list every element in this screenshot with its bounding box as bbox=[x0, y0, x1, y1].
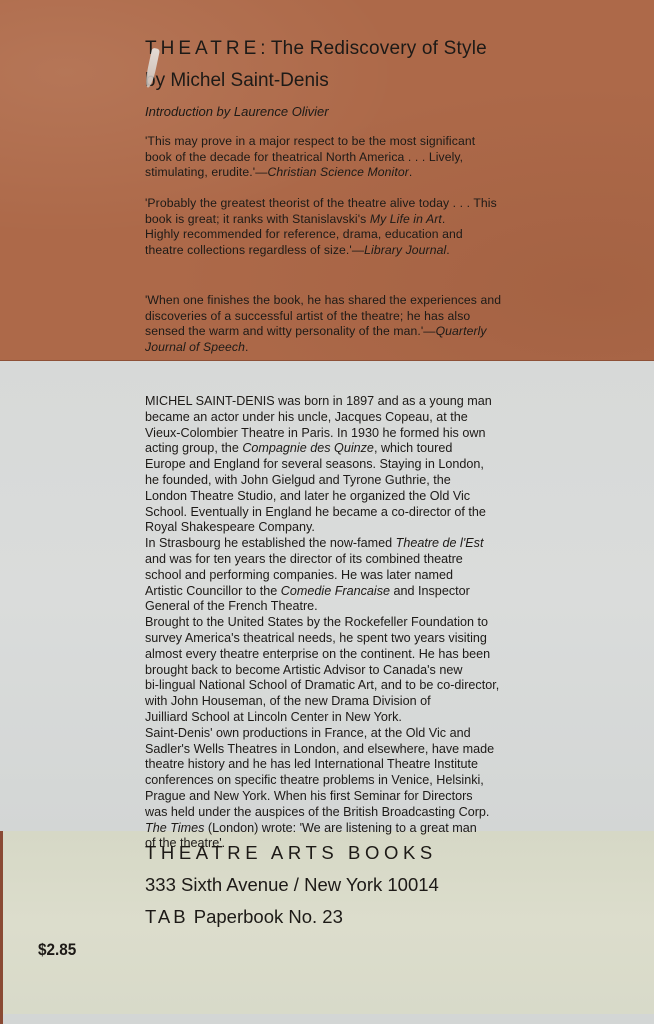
left-edge-shadow bbox=[0, 831, 3, 1024]
bio-line: bi-lingual National School of Dramatic A… bbox=[145, 678, 545, 694]
bottom-edge bbox=[0, 1014, 654, 1024]
review-quote: 'When one finishes the book, he has shar… bbox=[145, 293, 545, 355]
review-quote: 'This may prove in a major respect to be… bbox=[145, 134, 545, 181]
publisher-name: THEATRE ARTS BOOKS bbox=[145, 842, 545, 864]
bio-line: Brought to the United States by the Rock… bbox=[145, 615, 545, 631]
bio-line: General of the French Theatre. bbox=[145, 599, 545, 615]
bio-line: became an actor under his uncle, Jacques… bbox=[145, 410, 545, 426]
bio-italic: Compagnie des Quinze bbox=[242, 441, 374, 455]
bio-italic: Theatre de l'Est bbox=[396, 536, 484, 550]
series-number: Paperbook No. 23 bbox=[189, 906, 343, 927]
quote-text: sensed the warm and witty personality of… bbox=[145, 324, 436, 338]
quote-text: theatre collections regardless of size.'… bbox=[145, 243, 364, 257]
bio-line: brought back to become Artistic Advisor … bbox=[145, 663, 545, 679]
bio-line: theatre history and he has led Internati… bbox=[145, 757, 545, 773]
bio-line: Prague and New York. When his first Semi… bbox=[145, 789, 545, 805]
bio-line: school and performing companies. He was … bbox=[145, 568, 545, 584]
bio-italic: The Times bbox=[145, 821, 204, 835]
bio-line: was held under the auspices of the Briti… bbox=[145, 805, 545, 821]
bio-line: Royal Shakespeare Company. bbox=[145, 520, 545, 536]
quote-book-title: My Life in Art bbox=[370, 212, 442, 226]
quote-trail: . bbox=[442, 212, 446, 226]
bio-italic: Comedie Francaise bbox=[281, 584, 390, 598]
bio-line: Juilliard School at Lincoln Center in Ne… bbox=[145, 710, 545, 726]
quote-line: 'Probably the greatest theorist of the t… bbox=[145, 196, 545, 212]
bio-line: and was for ten years the director of it… bbox=[145, 552, 545, 568]
bio-text: In Strasbourg he established the now-fam… bbox=[145, 536, 396, 550]
series-abbrev: TAB bbox=[145, 906, 189, 927]
bio-line: with John Houseman, of the new Drama Div… bbox=[145, 694, 545, 710]
quote-line: 'This may prove in a major respect to be… bbox=[145, 134, 545, 150]
bio-line: conferences on specific theatre problems… bbox=[145, 773, 545, 789]
review-quote: 'Probably the greatest theorist of the t… bbox=[145, 196, 545, 258]
quote-source: Quarterly bbox=[436, 324, 487, 338]
bio-text: Artistic Councillor to the bbox=[145, 584, 281, 598]
bio-line: Artistic Councillor to the Comedie Franc… bbox=[145, 584, 545, 600]
quote-source: Journal of Speech bbox=[145, 340, 245, 354]
publisher-address: 333 Sixth Avenue / New York 10014 bbox=[145, 874, 545, 896]
bio-line: acting group, the Compagnie des Quinze, … bbox=[145, 441, 545, 457]
bio-line: Sadler's Wells Theatres in London, and e… bbox=[145, 742, 545, 758]
book-title: THEATRE: The Rediscovery of Style bbox=[145, 38, 545, 60]
quote-trail: . bbox=[245, 340, 249, 354]
bio-line: survey America's theatrical needs, he sp… bbox=[145, 631, 545, 647]
quote-line: Journal of Speech. bbox=[145, 340, 545, 356]
series-info: TAB Paperbook No. 23 bbox=[145, 906, 545, 928]
bio-text: (London) wrote: 'We are listening to a g… bbox=[204, 821, 476, 835]
quote-text: book is great; it ranks with Stanislavsk… bbox=[145, 212, 370, 226]
quote-source: Library Journal bbox=[364, 243, 446, 257]
bio-text: acting group, the bbox=[145, 441, 242, 455]
quote-line: 'When one finishes the book, he has shar… bbox=[145, 293, 545, 309]
quote-line: Highly recommended for reference, drama,… bbox=[145, 227, 545, 243]
bio-line: London Theatre Studio, and later he orga… bbox=[145, 489, 545, 505]
book-title-caps: THEATRE bbox=[145, 38, 260, 59]
bio-text: , which toured bbox=[374, 441, 452, 455]
quote-line: book is great; it ranks with Stanislavsk… bbox=[145, 212, 545, 228]
bio-line: almost every theatre enterprise on the c… bbox=[145, 647, 545, 663]
bio-line: In Strasbourg he established the now-fam… bbox=[145, 536, 545, 552]
book-title-subtitle: : The Rediscovery of Style bbox=[260, 38, 487, 59]
bio-line: MICHEL SAINT-DENIS was born in 1897 and … bbox=[145, 394, 545, 410]
bio-line: Saint-Denis' own productions in France, … bbox=[145, 726, 545, 742]
book-introduction: Introduction by Laurence Olivier bbox=[145, 104, 545, 119]
quote-trail: . bbox=[446, 243, 450, 257]
quote-line: theatre collections regardless of size.'… bbox=[145, 243, 545, 259]
book-author: by Michel Saint-Denis bbox=[145, 70, 545, 92]
author-biography: MICHEL SAINT-DENIS was born in 1897 and … bbox=[145, 394, 545, 852]
price-label: $2.85 bbox=[38, 940, 76, 960]
bio-line: School. Eventually in England he became … bbox=[145, 505, 545, 521]
quote-source: Christian Science Monitor bbox=[268, 165, 409, 179]
bio-line: The Times (London) wrote: 'We are listen… bbox=[145, 821, 545, 837]
quote-trail: . bbox=[409, 165, 413, 179]
quote-text: stimulating, erudite.'— bbox=[145, 165, 268, 179]
quote-line: stimulating, erudite.'—Christian Science… bbox=[145, 165, 545, 181]
bio-line: he founded, with John Gielgud and Tyrone… bbox=[145, 473, 545, 489]
bio-text: and Inspector bbox=[390, 584, 470, 598]
bio-line: Vieux-Colombier Theatre in Paris. In 193… bbox=[145, 426, 545, 442]
quote-line: book of the decade for theatrical North … bbox=[145, 150, 545, 166]
quote-line: sensed the warm and witty personality of… bbox=[145, 324, 545, 340]
bio-line: Europe and England for several seasons. … bbox=[145, 457, 545, 473]
quote-line: discoveries of a successful artist of th… bbox=[145, 309, 545, 325]
